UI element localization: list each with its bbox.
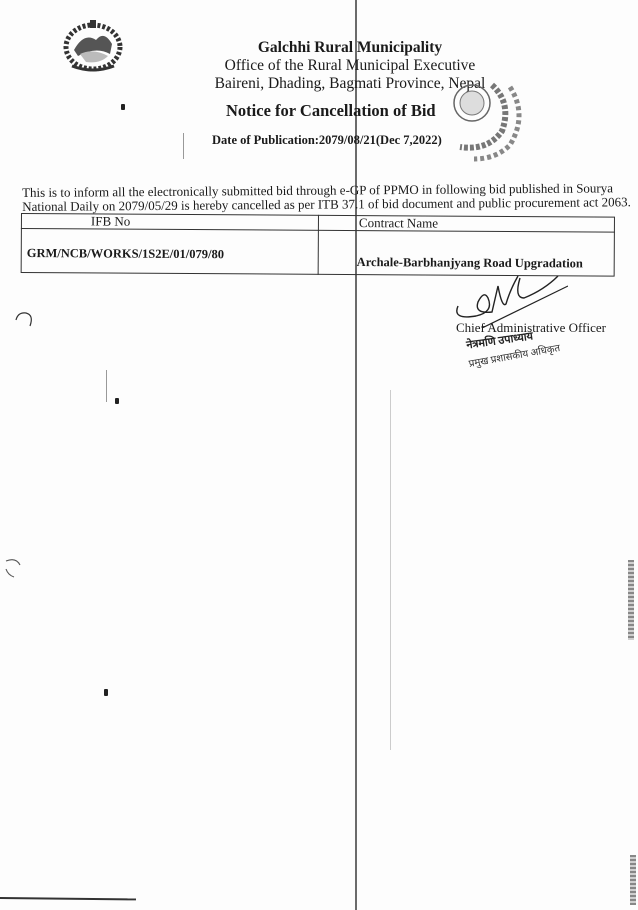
punch-hole-mark-icon <box>12 310 36 330</box>
scan-mark <box>183 133 184 159</box>
scan-mark <box>390 390 391 750</box>
notice-body: This is to inform all the electronically… <box>22 181 622 214</box>
punch-hole-mark-icon <box>2 555 26 579</box>
body-line-2: National Daily on 2079/05/29 is hereby c… <box>22 195 622 214</box>
scan-edge-noise <box>630 855 636 905</box>
scan-mark <box>106 370 107 402</box>
scan-speck <box>121 104 125 110</box>
scan-speck <box>115 398 119 404</box>
round-seal-icon <box>440 75 530 165</box>
org-name: Galchhi Rural Municipality <box>160 38 540 57</box>
document-page: Galchhi Rural Municipality Office of the… <box>0 0 638 910</box>
notice-title: Notice for Cancellation of Bid <box>226 101 436 121</box>
scan-speck <box>104 689 108 696</box>
nepal-emblem-icon <box>60 14 126 74</box>
scan-bottom-line <box>0 897 136 900</box>
header-contract-name: Contract Name <box>359 215 438 231</box>
cell-ifb-no: GRM/NCB/WORKS/1S2E/01/079/80 <box>27 246 224 262</box>
publication-date: Date of Publication:2079/08/21(Dec 7,202… <box>212 133 442 148</box>
scan-edge-noise <box>628 560 634 640</box>
office-name: Office of the Rural Municipal Executive <box>160 57 540 75</box>
header-ifb-no: IFB No <box>91 213 130 229</box>
signature-icon <box>448 268 568 328</box>
